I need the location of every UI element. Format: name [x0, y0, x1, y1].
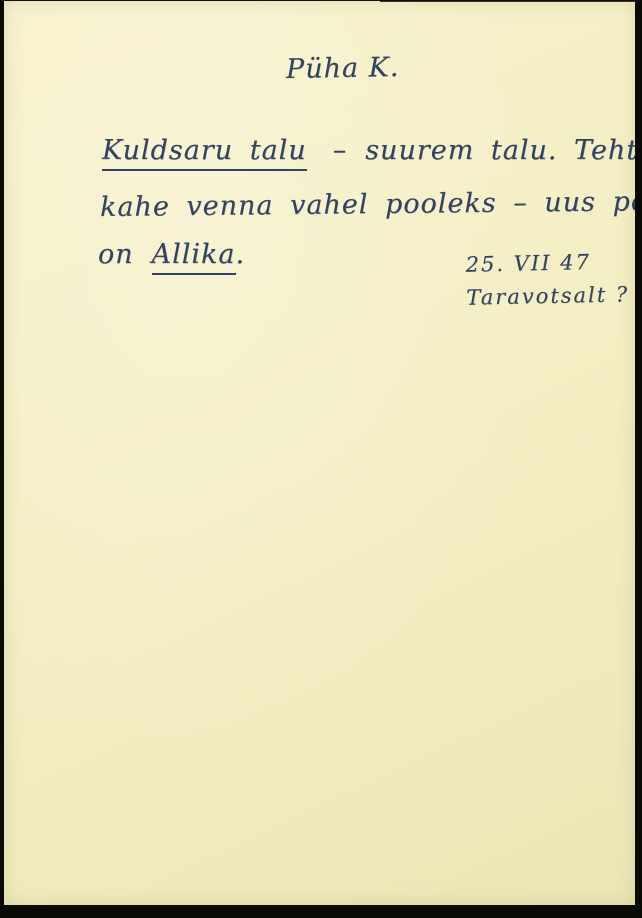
- note-line-3: onAllika.: [98, 239, 245, 270]
- allika-name: Allika: [152, 239, 236, 275]
- scan-edge-top: [380, 0, 642, 2]
- farm-name: Kuldsaru talu: [102, 135, 307, 171]
- scan-edge-left: [0, 0, 4, 918]
- scan-edge-right: [635, 0, 642, 918]
- collector-note: Taravotsalt ?: [466, 278, 629, 314]
- note-title: Püha K.: [286, 52, 400, 85]
- archive-card: Püha K. Kuldsaru talu–suurem talu. Tehti…: [4, 1, 635, 905]
- note-line-3-post: .: [236, 239, 246, 270]
- dash: –: [333, 135, 348, 166]
- note-line-1: Kuldsaru talu–suurem talu. Tehti: [102, 135, 642, 166]
- date: 25. VII 47: [465, 245, 628, 281]
- note-line-2: kahe venna vahel pooleks – uus pool: [100, 186, 642, 223]
- note-line-1-rest: suurem talu. Tehti: [365, 135, 642, 166]
- date-block: 25. VII 47 Taravotsalt ?: [465, 245, 629, 314]
- note-line-3-pre: on: [98, 239, 134, 270]
- scan-edge-bottom: [0, 905, 642, 918]
